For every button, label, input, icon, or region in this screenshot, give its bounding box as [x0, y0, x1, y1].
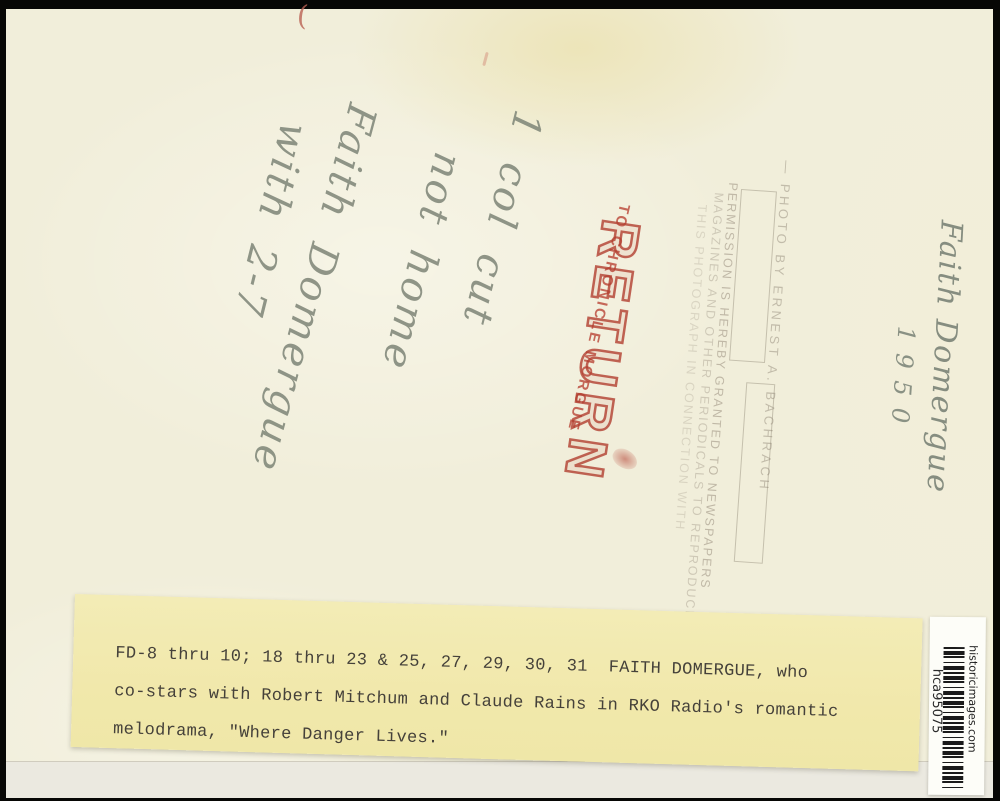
inventory-sticker: hca95075 historicimages.com [928, 617, 986, 796]
typed-caption-label: FD-8 thru 10; 18 thru 23 & 25, 27, 29, 3… [71, 594, 923, 771]
sticker-website: historicimages.com [965, 645, 980, 795]
scanned-photo-back: — PHOTO BY ERNEST A. BACHRACH PERMISSION… [0, 0, 1000, 801]
barcode [942, 647, 964, 789]
